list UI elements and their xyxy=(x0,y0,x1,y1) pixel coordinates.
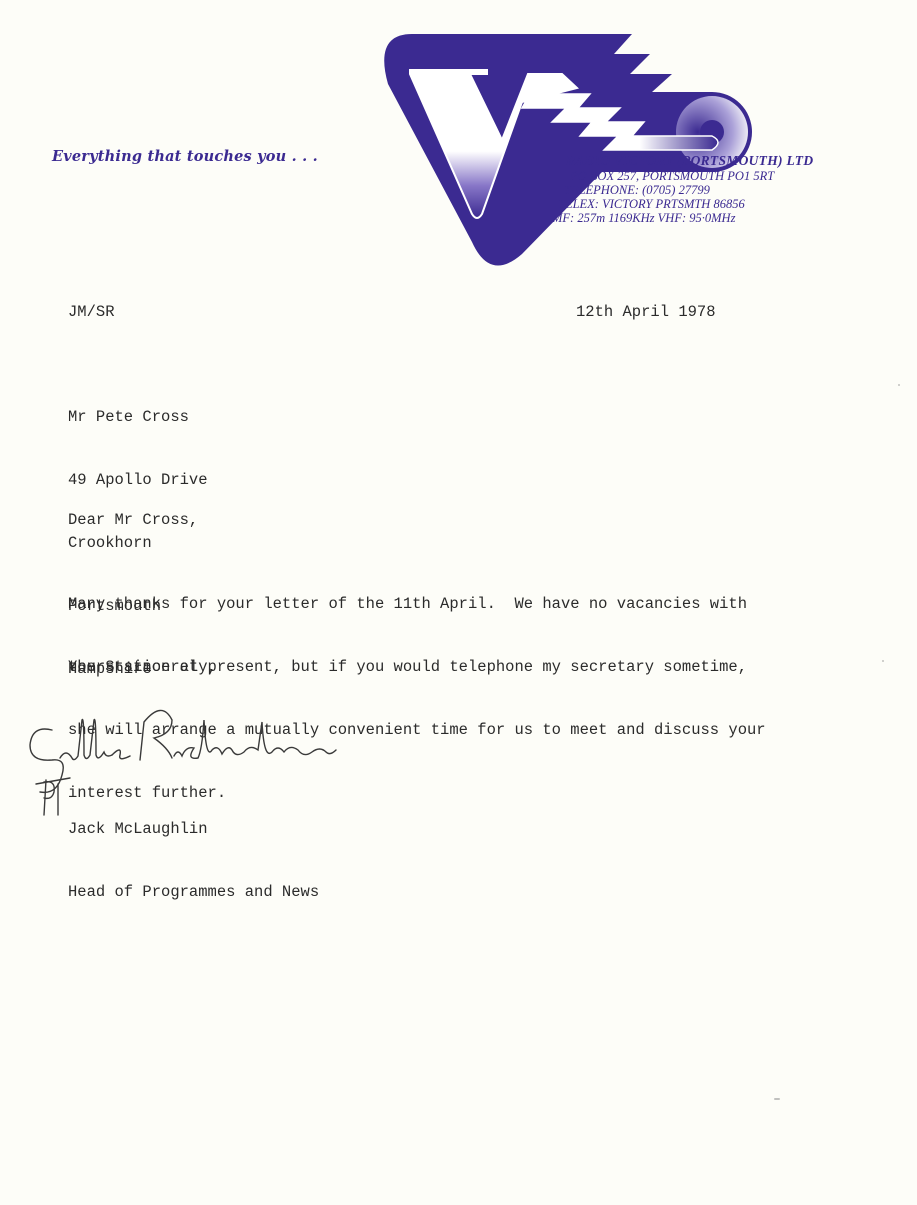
signer-block: Jack McLaughlin Head of Programmes and N… xyxy=(68,777,319,945)
letter-page: Everything that touches you . . . xyxy=(0,0,917,1205)
signer-name: Jack McLaughlin xyxy=(68,819,319,840)
paper-speck xyxy=(882,660,884,662)
radio-victory-logo-icon xyxy=(382,32,772,268)
paper-speck xyxy=(898,384,900,386)
salutation: Dear Mr Cross, xyxy=(68,510,198,531)
body-line: Many thanks for your letter of the 11th … xyxy=(68,594,766,615)
tagline: Everything that touches you . . . xyxy=(52,148,318,165)
recipient-name: Mr Pete Cross xyxy=(68,407,208,428)
reference: JM/SR xyxy=(68,302,115,323)
company-address: PO BOX 257, PORTSMOUTH PO1 5RT xyxy=(570,169,774,183)
closing: Yours sincerely, xyxy=(68,657,217,678)
recipient-street: 49 Apollo Drive xyxy=(68,470,208,491)
recipient-area: Crookhorn xyxy=(68,533,208,554)
company-telex: TELEX: VICTORY PRTSMTH 86856 xyxy=(558,197,745,211)
signer-title: Head of Programmes and News xyxy=(68,882,319,903)
company-name: RADIO VICTORY (PORTSMOUTH) LTD xyxy=(566,154,813,168)
letter-date: 12th April 1978 xyxy=(576,302,716,323)
paper-speck xyxy=(774,1098,780,1100)
company-frequencies: MF: 257m 1169KHz VHF: 95·0MHz xyxy=(552,211,735,225)
company-telephone: TELEPHONE: (0705) 27799 xyxy=(564,183,710,197)
